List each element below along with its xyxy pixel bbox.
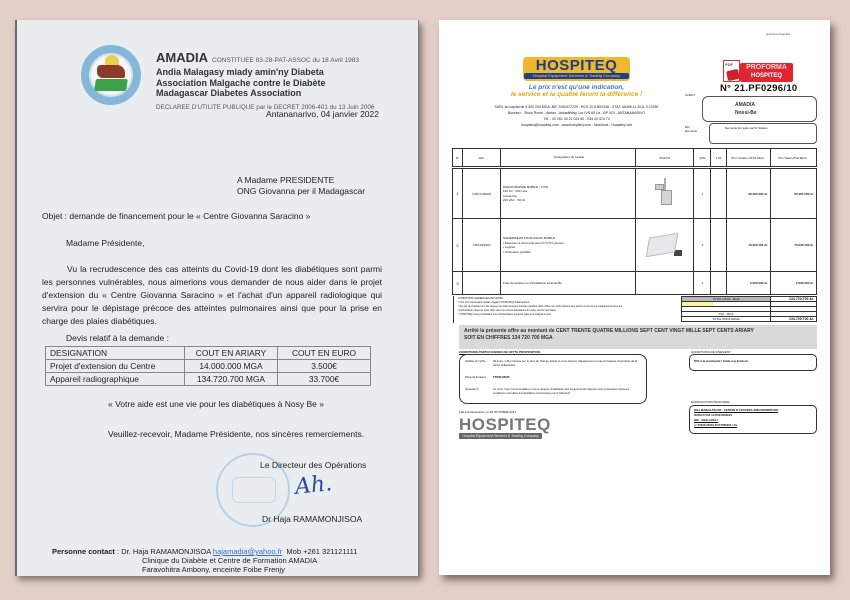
contact-label: Personne contact xyxy=(52,547,115,556)
item-unit-price: 73.233.700 Ar. xyxy=(727,219,771,272)
general-conditions: CONDITIONS GENERALES DE VENTE * Nos prix… xyxy=(453,296,682,323)
table-cell: 3.500€ xyxy=(278,360,371,373)
item-ref: YSM.DP0404 xyxy=(462,219,500,272)
letter-date: Antananarivo, 04 janvier 2022 xyxy=(266,109,379,119)
bank-title: DOMICILIATION BANCAIRE xyxy=(691,400,729,404)
totals-label: TOTAL PROFORMA xyxy=(682,317,771,322)
totals-table: TOTAL HTVA - MGA134.720.700 Ar. TVA - MG… xyxy=(681,296,817,322)
org-name: AMADIA xyxy=(156,50,208,65)
hospiteq-proforma: proforma hospiteq HOSPITEQ Hospital Equi… xyxy=(439,20,830,575)
recipient-line: A Madame PRESIDENTE xyxy=(237,175,365,186)
item-ref: YSM.X100GM xyxy=(462,169,500,219)
recipient-line: ONG Giovanna per il Madagascar xyxy=(237,186,365,197)
item-photo xyxy=(636,169,694,219)
mobile-xray-icon xyxy=(655,178,675,208)
particular-conditions-box: Validité de l'offre30 jours / offre inde… xyxy=(459,354,647,404)
designation-line: 220 VAC - 50 Hz xyxy=(503,198,636,203)
row-number: 2 xyxy=(453,219,463,272)
amount-figures: SOIT EN CHIFFRES 134 720 700 MGA xyxy=(464,335,812,342)
item-total-price: 2.000.000 Ar. xyxy=(771,272,817,295)
row-number: 3 xyxy=(453,272,463,295)
letter-body: Vu la recrudescence des cas atteints du … xyxy=(42,263,382,328)
contact-line: Faravohitra Ambony, enceinte Foibe Frenj… xyxy=(52,565,357,574)
brand-name: HOSPITEQ xyxy=(459,417,542,433)
contact-mobile: Mob +261 321121111 xyxy=(286,547,357,556)
condition-key: Garantie(*) xyxy=(465,387,493,391)
contact-line: Clinique du Diabète et Centre de Formati… xyxy=(52,556,357,565)
item-ref xyxy=(462,272,500,295)
letter-subject: Objet : demande de financement pour le «… xyxy=(42,211,310,221)
bank-line: n° 00005.00001.70r77080001 / 31 xyxy=(694,423,816,428)
column-header: QTE xyxy=(694,149,711,167)
table-cell: 33.700€ xyxy=(278,373,371,386)
brand-name: HOSPITEQ xyxy=(524,58,629,73)
item-designation: NUMERISEUR POUR RADIO MOBILE • Détecteur… xyxy=(500,219,636,272)
brand-tagline: Hospital Equipment Services & Trading Co… xyxy=(459,433,542,439)
condition-row: Garantie(*)12 mois, hors consommables et… xyxy=(465,387,638,395)
hospiteq-logo: HOSPITEQ Hospital Equipment Services & T… xyxy=(523,57,630,81)
reference-box: Demande formulée par Dr Stefano xyxy=(709,123,817,144)
client-line: AMADIA xyxy=(735,101,816,109)
quote-label: Devis relatif à la demande : xyxy=(66,333,169,343)
contact-email-link[interactable]: hajamadia@yahoo.fr xyxy=(213,547,282,556)
column-header: COUT EN EURO xyxy=(278,347,371,360)
condition-line: * HOSPITEQ reste propriétaire des marcha… xyxy=(458,313,678,317)
table-row: 1 YSM.X100GM RADIOGRAPHIE MOBILE - 5 KW … xyxy=(453,169,817,219)
badge-line: HOSPITEQ xyxy=(740,72,793,80)
table-cell: 134.720.700 MGA xyxy=(185,373,278,386)
bank-box: BOA MADAGASCAR - CENTRE D'AFFAIRES ANKOR… xyxy=(689,405,817,434)
item-designation: RADIOGRAPHIE MOBILE - 5 KW 120 KV - 200 … xyxy=(500,169,636,219)
item-photo xyxy=(636,272,694,295)
signer-name: Dr Haja RAMAMONJISOA xyxy=(262,514,362,524)
item-qty: 1 xyxy=(694,219,711,272)
letter-slogan: « Votre aide est une vie pour les diabét… xyxy=(108,399,324,409)
amount-in-words: Arrêté la présente offre au montant de C… xyxy=(459,325,817,349)
signed-at: Fait à Antananarivo, le 28 OCTOBRE 2021 xyxy=(459,410,516,414)
signature: Ah. xyxy=(294,471,333,500)
contact-block: Personne contact : Dr. Haja RAMAMONJISOA… xyxy=(52,547,357,574)
pdf-icon: PDF xyxy=(723,60,740,82)
proforma-badge: PDF PROFORMA HOSPITEQ xyxy=(723,60,790,85)
org-line: Association Malgache contre le Diabète xyxy=(156,78,374,88)
condition-key: Délai de livraison xyxy=(465,375,493,379)
contact-name: : Dr. Haja RAMAMONJISOA xyxy=(117,547,211,556)
recipient-address: A Madame PRESIDENTE ONG Giovanna per il … xyxy=(237,175,365,196)
hospiteq-footer-logo: HOSPITEQ Hospital Equipment Services & T… xyxy=(459,417,542,439)
table-cell: Projet d'extension du Centre xyxy=(46,360,185,373)
totals-value: 134.720.700 Ar. xyxy=(771,317,817,322)
table-cell: Appareil radiographique xyxy=(46,373,185,386)
table-header-row: DESIGNATION COUT EN ARIARY COUT EN EURO xyxy=(46,347,371,360)
item-tva xyxy=(711,169,727,219)
company-info: SARL au capital de 5 000 000 MGA -NIF 20… xyxy=(439,104,714,128)
item-tva xyxy=(711,219,727,272)
condition-row: Validité de l'offre30 jours / offre inde… xyxy=(465,359,638,367)
company-info-line: hospiteq@hospiteq.com - www.hospiteq.com… xyxy=(439,122,714,128)
org-line: Madagascar Diabetes Association xyxy=(156,88,374,98)
table-row: Projet d'extension du Centre 14.000.000 … xyxy=(46,360,371,373)
condition-key: Validité de l'offre xyxy=(465,359,493,363)
item-designation: Frais de livraison et d'installation à N… xyxy=(500,272,636,295)
slogan-line: Le prix n'est qu'une indication, xyxy=(439,84,714,91)
top-reference: proforma hospiteq xyxy=(766,32,790,36)
proforma-number: N° 21.PF0296/10 xyxy=(720,83,798,94)
row-number: 1 xyxy=(453,169,463,219)
table-header-row: N° Réf. Désignation de l'article PHOTO Q… xyxy=(453,149,817,167)
column-header: DESIGNATION xyxy=(46,347,185,360)
amount-words: Arrêté la présente offre au montant de C… xyxy=(464,328,812,335)
slogan-line: le service et la qualité feront la diffé… xyxy=(439,91,714,98)
item-total-price: 59.487.000 Ar. xyxy=(771,169,817,219)
client-label: CLIENT xyxy=(685,93,695,97)
org-constituted: CONSTITUEE 83-28-PAT-ASSOC du 18 Avril 1… xyxy=(212,57,359,64)
reference-label: Réf. Demande xyxy=(685,125,697,133)
table-row: 2 YSM.DP0404 NUMERISEUR POUR RADIO MOBIL… xyxy=(453,219,817,272)
column-header: TVA xyxy=(711,149,727,167)
column-header: Réf. xyxy=(462,149,500,167)
payment-box: 50% à la commande / Solde à la livraison xyxy=(689,354,817,371)
column-header: Prix Unitaire HTVA MGA xyxy=(727,149,771,167)
item-unit-price: 59.487.000 Ar. xyxy=(727,169,771,219)
condition-value: 12 mois, hors consommables et sous réser… xyxy=(493,387,638,395)
item-qty: 1 xyxy=(694,272,711,295)
totals-row: TOTAL PROFORMA134.720.700 Ar. xyxy=(682,317,817,322)
client-line: Nossi-Be xyxy=(735,109,816,117)
org-line: Andia Malagasy miady amin'ny Diabeta xyxy=(156,67,374,77)
condition-value: TROIS MOIS xyxy=(493,375,638,379)
item-total-price: 73.233.700 Ar. xyxy=(771,219,817,272)
letter-closing: Veuillez-recevoir, Madame Présidente, no… xyxy=(108,429,364,439)
condition-row: Délai de livraisonTROIS MOIS xyxy=(465,375,638,379)
items-table: N° Réf. Désignation de l'article PHOTO Q… xyxy=(452,148,817,295)
column-header: Prix Total HTVA MGA xyxy=(771,149,817,167)
column-header: Désignation de l'article xyxy=(500,149,636,167)
brand-tagline: Hospital Equipment Services & Trading Co… xyxy=(524,73,629,79)
cost-table: DESIGNATION COUT EN ARIARY COUT EN EURO … xyxy=(45,346,371,386)
client-box: AMADIA Nossi-Be xyxy=(702,96,817,122)
condition-value: 30 jours / offre indexée sur le taux de … xyxy=(493,359,638,367)
item-photo xyxy=(636,219,694,272)
designation-line: • Ordinateur portable xyxy=(503,250,636,255)
letterhead: AMADIACONSTITUEE 83-28-PAT-ASSOC du 18 A… xyxy=(156,49,374,112)
item-unit-price: 2.000.000 Ar. xyxy=(727,272,771,295)
ref-label-line: Demande xyxy=(685,129,697,133)
column-header: PHOTO xyxy=(636,149,694,167)
item-qty: 1 xyxy=(694,169,711,219)
amadia-letter: AMADIACONSTITUEE 83-28-PAT-ASSOC du 18 A… xyxy=(15,20,419,576)
column-header: COUT EN ARIARY xyxy=(185,347,278,360)
signer-title: Le Directeur des Opérations xyxy=(260,460,366,470)
item-tva xyxy=(711,272,727,295)
amadia-logo-icon xyxy=(81,45,141,105)
column-header: N° xyxy=(453,149,463,167)
salutation: Madame Présidente, xyxy=(66,238,144,248)
designation-line: Frais de livraison et d'installation à N… xyxy=(503,281,636,286)
table-row: Appareil radiographique 134.720.700 MGA … xyxy=(46,373,371,386)
table-cell: 14.000.000 MGA xyxy=(185,360,278,373)
table-row: 3 Frais de livraison et d'installation à… xyxy=(453,272,817,295)
badge-line: PROFORMA xyxy=(740,64,793,72)
